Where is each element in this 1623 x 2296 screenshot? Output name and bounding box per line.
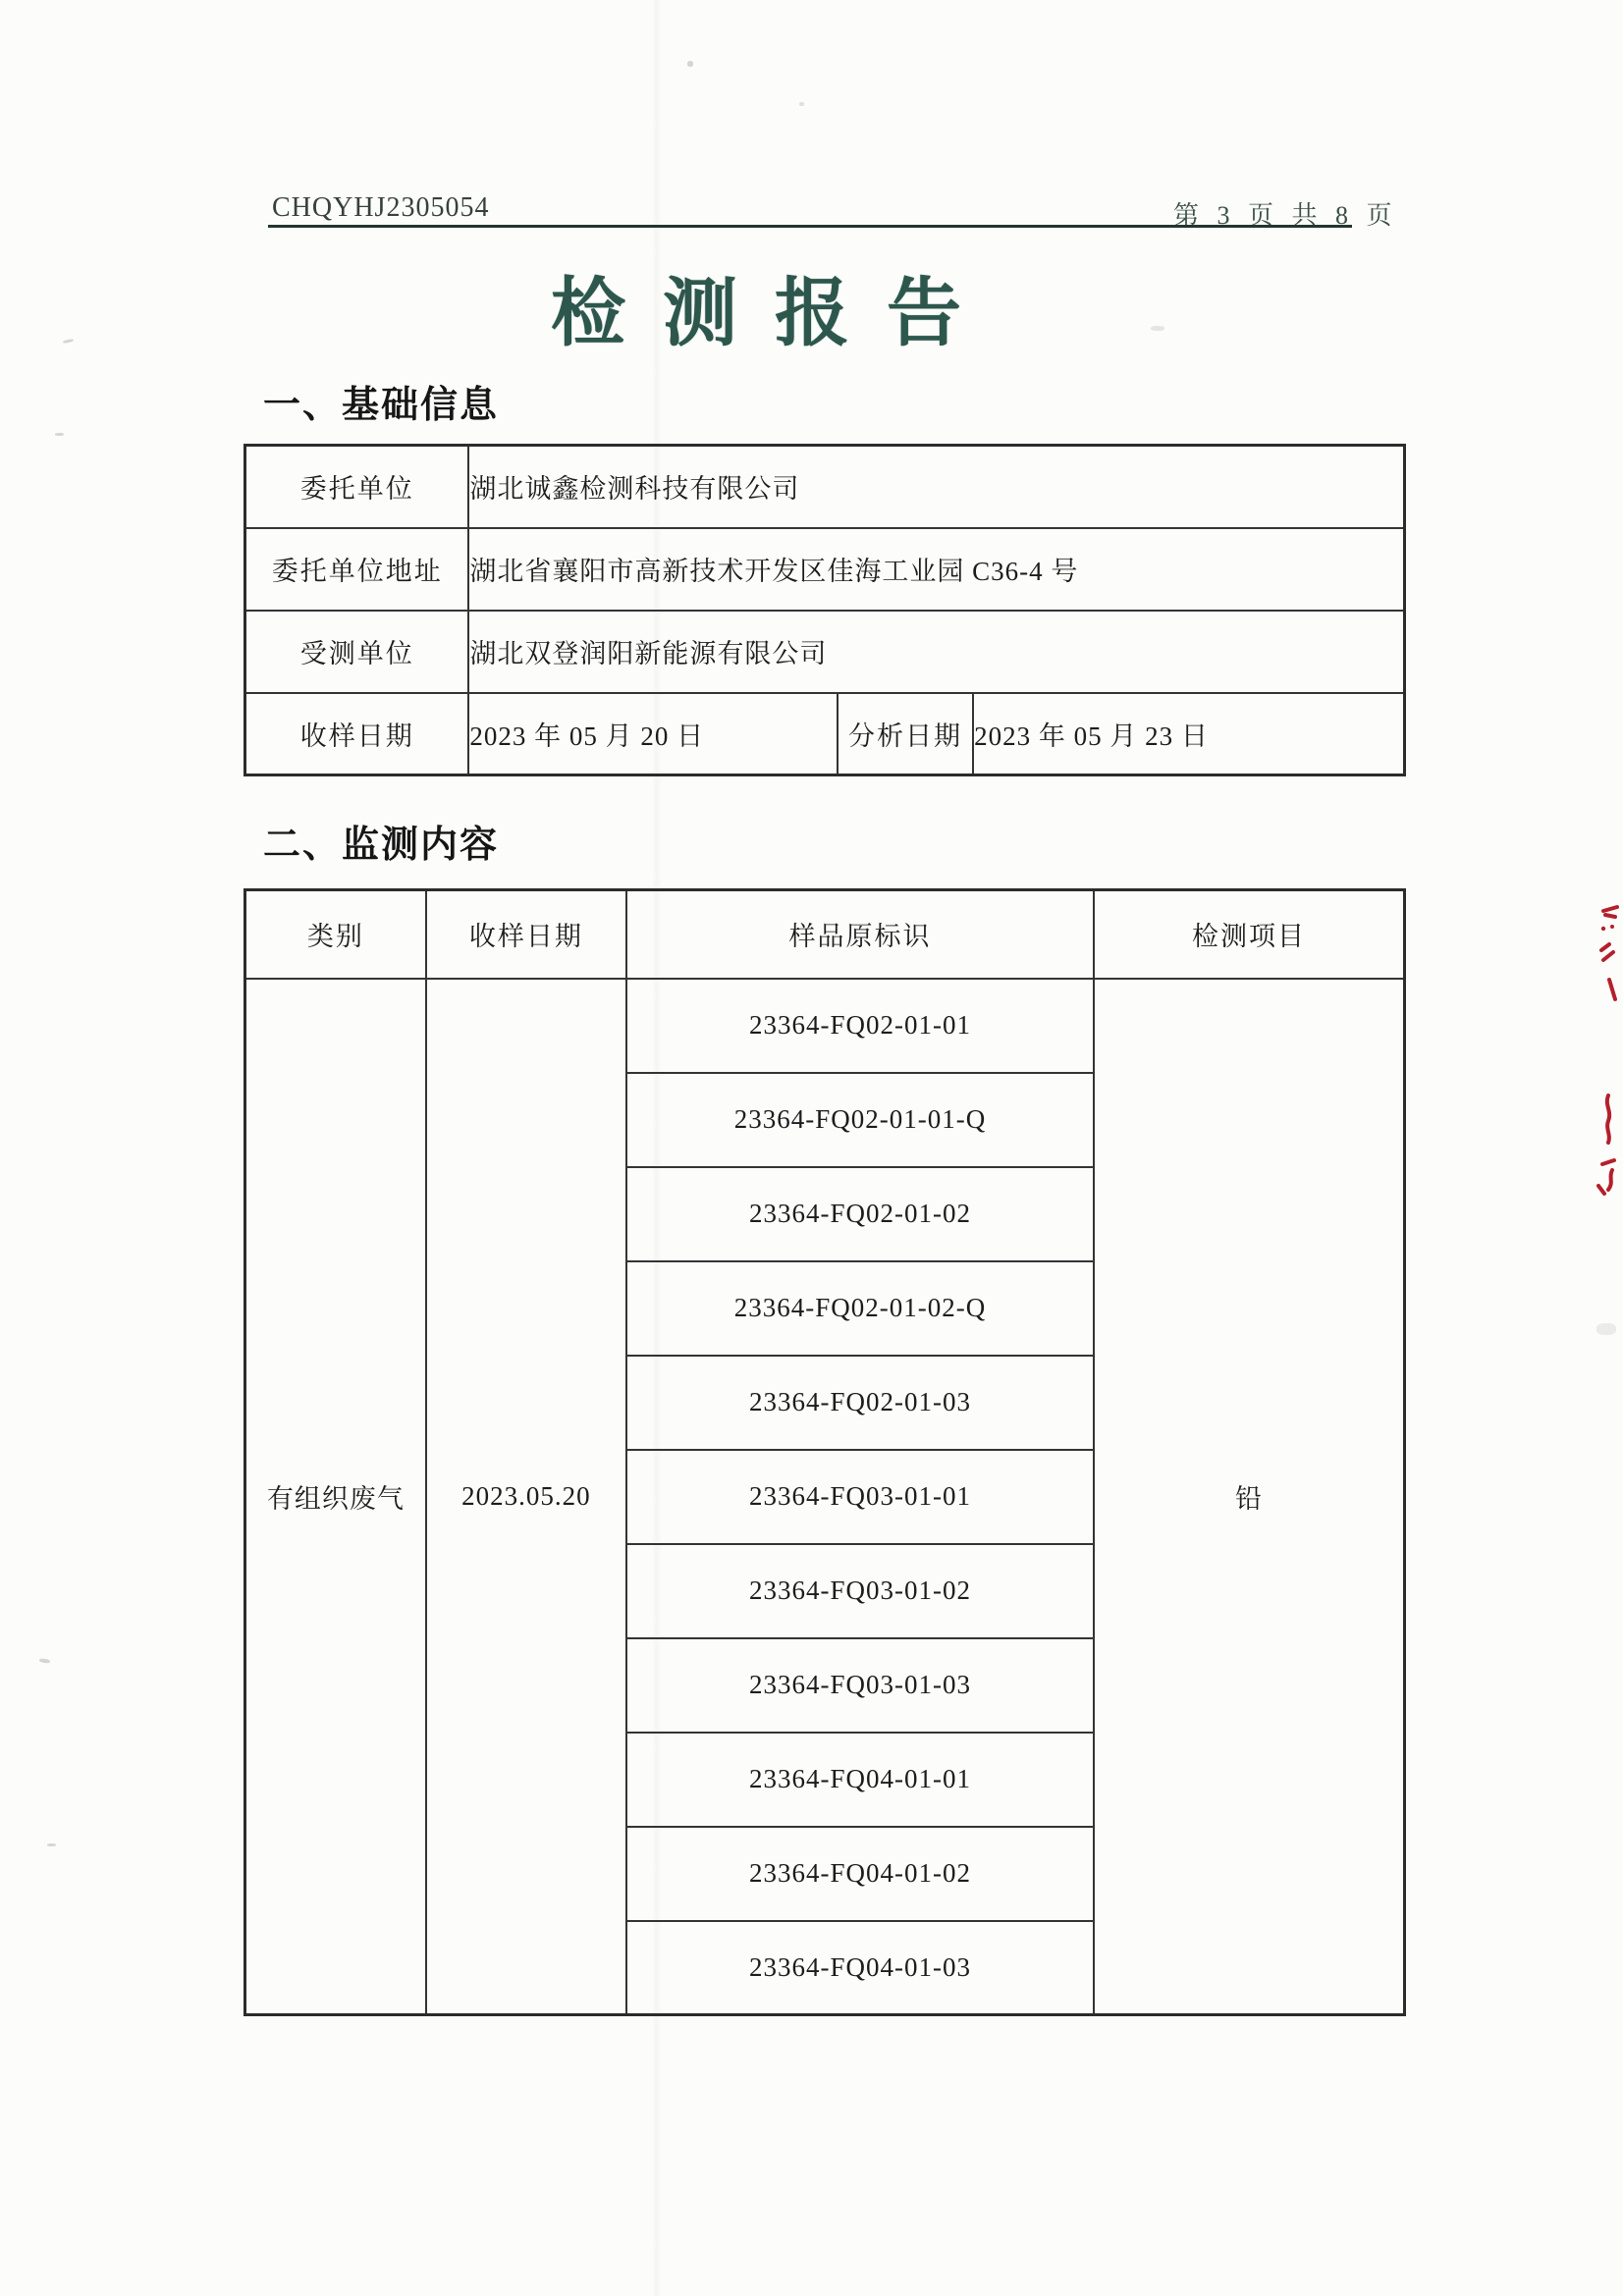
- basic-info-heading: 一、基础信息: [263, 374, 499, 428]
- monitoring-heading: 二、监测内容: [263, 814, 499, 868]
- col-header-test-item: 检测项目: [1094, 890, 1405, 979]
- monitoring-sample-id-cell: 23364-FQ04-01-01: [626, 1733, 1094, 1827]
- analysis-date-value: 2023 年 05 月 23 日: [973, 693, 1404, 775]
- sampling-date-value: 2023 年 05 月 20 日: [468, 693, 838, 775]
- tested-unit-value: 湖北双登润阳新能源有限公司: [468, 611, 1404, 693]
- col-header-category: 类别: [245, 890, 426, 979]
- monitoring-date-cell: 2023.05.20: [426, 979, 626, 2015]
- stamp-fragment-icon: [1586, 903, 1623, 1006]
- scan-speck: [1596, 1323, 1616, 1335]
- monitoring-sample-id-cell: 23364-FQ02-01-01-Q: [626, 1073, 1094, 1167]
- basic-info-row: 收样日期 2023 年 05 月 20 日 分析日期 2023 年 05 月 2…: [245, 693, 1405, 775]
- basic-info-row: 委托单位地址 湖北省襄阳市高新技术开发区佳海工业园 C36-4 号: [245, 528, 1405, 611]
- report-title: 检测报告: [0, 253, 1512, 360]
- scan-speck: [687, 61, 693, 67]
- header-doc-number: CHQYHJ2305054: [272, 192, 489, 224]
- scan-speck: [1151, 326, 1164, 331]
- monitoring-sample-id-cell: 23364-FQ02-01-02: [626, 1167, 1094, 1261]
- client-address-label: 委托单位地址: [245, 528, 469, 611]
- monitoring-table-body: 有组织废气2023.05.2023364-FQ02-01-01铅23364-FQ…: [245, 979, 1405, 2015]
- monitoring-table: 类别 收样日期 样品原标识 检测项目 有组织废气2023.05.2023364-…: [243, 888, 1406, 2016]
- monitoring-sample-row: 有组织废气2023.05.2023364-FQ02-01-01铅: [245, 979, 1405, 1073]
- monitoring-sample-id-cell: 23364-FQ04-01-02: [626, 1827, 1094, 1921]
- scan-speck: [39, 1658, 50, 1663]
- client-name-label: 委托单位: [245, 446, 469, 528]
- monitoring-category-cell: 有组织废气: [245, 979, 426, 2015]
- col-header-sample-id: 样品原标识: [626, 890, 1094, 979]
- basic-info-row: 委托单位 湖北诚鑫检测科技有限公司: [245, 446, 1405, 528]
- client-name-value: 湖北诚鑫检测科技有限公司: [468, 446, 1404, 528]
- stamp-fragment-icon: [1589, 1092, 1623, 1200]
- client-address-value: 湖北省襄阳市高新技术开发区佳海工业园 C36-4 号: [468, 528, 1404, 611]
- basic-info-row: 受测单位 湖北双登润阳新能源有限公司: [245, 611, 1405, 693]
- col-header-sampling-date: 收样日期: [426, 890, 626, 979]
- monitoring-sample-id-cell: 23364-FQ04-01-03: [626, 1921, 1094, 2015]
- header-rule: [268, 225, 1352, 228]
- monitoring-header-row: 类别 收样日期 样品原标识 检测项目: [245, 890, 1405, 979]
- scan-speck: [47, 1843, 56, 1846]
- monitoring-sample-id-cell: 23364-FQ02-01-02-Q: [626, 1261, 1094, 1356]
- scan-speck: [799, 102, 804, 106]
- monitoring-sample-id-cell: 23364-FQ03-01-02: [626, 1544, 1094, 1638]
- scan-speck: [55, 433, 64, 436]
- monitoring-sample-id-cell: 23364-FQ02-01-01: [626, 979, 1094, 1073]
- monitoring-sample-id-cell: 23364-FQ02-01-03: [626, 1356, 1094, 1450]
- sampling-date-label: 收样日期: [245, 693, 469, 775]
- report-page: CHQYHJ2305054 第 3 页 共 8 页 检测报告 一、基础信息 委托…: [0, 0, 1623, 2296]
- tested-unit-label: 受测单位: [245, 611, 469, 693]
- basic-info-table: 委托单位 湖北诚鑫检测科技有限公司 委托单位地址 湖北省襄阳市高新技术开发区佳海…: [243, 444, 1406, 776]
- analysis-date-label: 分析日期: [838, 693, 973, 775]
- monitoring-sample-id-cell: 23364-FQ03-01-01: [626, 1450, 1094, 1544]
- monitoring-test-item-cell: 铅: [1094, 979, 1405, 2015]
- monitoring-sample-id-cell: 23364-FQ03-01-03: [626, 1638, 1094, 1733]
